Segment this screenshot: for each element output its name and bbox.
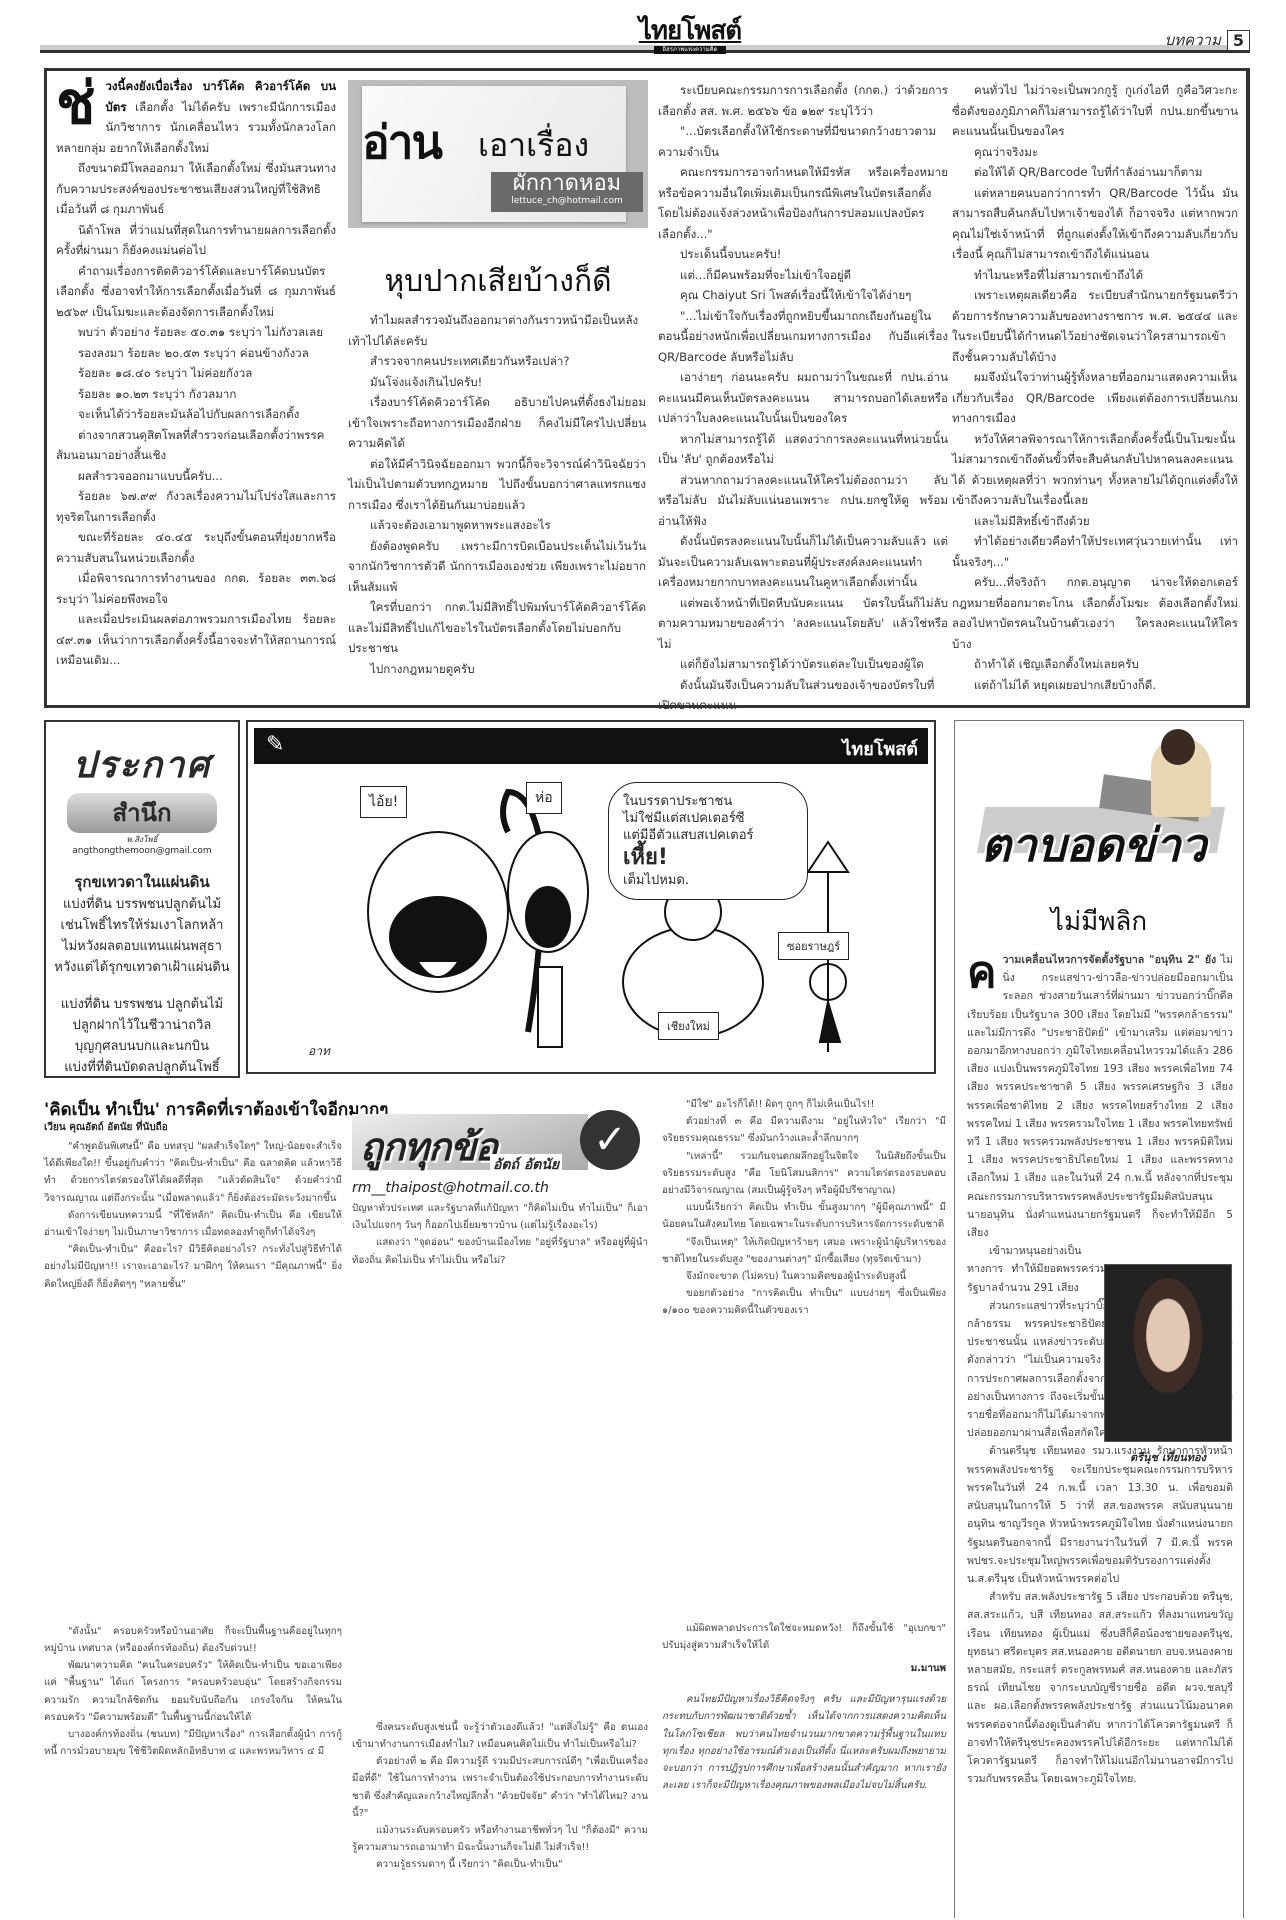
paragraph: นิด้าโพล ที่ว่าแม่นที่สุดในการทำนายผลการ… <box>56 220 336 261</box>
top-article-col4: คนทั่วไป ไม่ว่าจะเป็นพวกกูรู้ กูเก่งไอที… <box>952 80 1238 695</box>
letter-signature: ม.มานพ <box>662 1660 946 1677</box>
paragraph: ถึงขนาดมีโพลออกมา ให้เลือกตั้งใหม่ ซึ่งม… <box>56 158 336 220</box>
column-banner-ta-bod-khao: ตาบอดข่าว <box>961 727 1237 877</box>
logo-subtitle: อิสรภาพแห่งความคิด <box>654 46 726 54</box>
portrait-photo <box>1104 1264 1232 1442</box>
paragraph: แม้งานระดับครอบครัว หรือทำงานอาชีพทั่วๆ … <box>352 1822 648 1856</box>
paragraph: คุณ Chaiyut Sri โพสต์เรื่องนี้ให้เข้าใจไ… <box>658 285 948 306</box>
paragraph: เรื่องบาร์โค้ดคิวอาร์โค้ด อธิบายไปคนที่ต… <box>348 392 646 454</box>
paragraph: ไปกางกฎหมายดูครับ <box>348 659 646 680</box>
paragraph: ทำไมผลสำรวจมันถึงออกมาต่างกันราวหน้ามือเ… <box>348 310 646 351</box>
paragraph: ผลสำรวจออกมาแบบนี้ครับ... <box>56 466 336 487</box>
paragraph: "...บัตรเลือกตั้งให้ใช้กระดาษที่มีขนาดกว… <box>658 121 948 162</box>
bottom-article-col3: "มีใช่" อะไรก็ได้!! ผิดๆ ถูกๆ ก็ไม่เห็นเ… <box>662 1096 946 1794</box>
paragraph: ปัญหาทั่วประเทศ และรัฐบาลที่แก้ปัญหา "ก็… <box>352 1200 648 1234</box>
paragraph: มันโจ่งแจ้งเกินไปครับ! <box>348 372 646 393</box>
quote-paragraph: "...ไม่เข้าใจกับเรื่องที่ถูกหยิบขึ้นมาถก… <box>658 306 948 368</box>
paragraph: จะเห็นได้ว่าร้อยละมันล้อไปกับผลการเลือกต… <box>56 404 336 425</box>
author-email: lettuce_ch@hotmail.com <box>491 196 643 206</box>
checkmark-icon: ✓ <box>580 1110 640 1170</box>
bubble-exclamation: เหี้ย! <box>623 844 793 872</box>
paragraph: แบบนี้เรียกว่า คิดเป็น ทำเป็น ขั้นสูงมาก… <box>662 1199 946 1233</box>
poem-box: ประกาศ สำนึก พ.สิงโพธิ์ angthongthemoon@… <box>44 720 240 1078</box>
paragraph: ประเด็นนี้จบนะครับ! <box>658 244 948 265</box>
paragraph: ร้อยละ ๖๗.๙๙ กังวลเรื่องความไม่โปร่งใสแล… <box>56 486 336 527</box>
cartoon-label-center: เชียงใหม่ <box>658 1012 719 1040</box>
banner-author-box: ผักกาดหอม lettuce_ch@hotmail.com <box>491 172 643 212</box>
cartoon-brand: ไทยโพสต์ <box>842 734 918 763</box>
bird-mascot-icon: ✎ <box>266 732 284 757</box>
paragraph: คำถามเรื่องการติดคิวอาร์โค้ดและบาร์โค้ดบ… <box>56 261 336 323</box>
paragraph: ดังการเขียนบทความนี้ "ที่ใช้หลัก" คิดเป็… <box>44 1207 342 1241</box>
paragraph: และเมื่อประเมินผลต่อภาพรวมการเมืองไทย ร้… <box>56 609 336 671</box>
quote-paragraph: ผมจึงมั่นใจว่าท่านผู้รู้ทั้งหลายที่ออกมา… <box>952 367 1238 429</box>
bottom-article-col1: "คำพูดอันพิเศษนี้" คือ บทสรุป "ผลสำเร็จใ… <box>44 1138 342 1760</box>
page-number: 5 <box>1227 30 1250 51</box>
paragraph: พัฒนาความคิด "คนในครอบครัว" ให้คิดเป็น-ท… <box>44 1657 342 1726</box>
column-banner-read-ahao-rueang: อ่าน เอาเรื่อง ผักกาดหอม lettuce_ch@hotm… <box>348 80 648 228</box>
poem-line: แบ่งที่ดิน บรรพชนปลูกต้นไม้ <box>46 894 238 915</box>
paragraph: คณะกรรมการอาจกำหนดให้มีรหัส หรือเครื่องห… <box>658 162 948 244</box>
quote-paragraph: ส่วนหากถามว่าลงคะแนนให้ใครไม่ต้องถามว่า … <box>658 470 948 532</box>
banner-title: ถูกทุกข้อ <box>360 1116 497 1177</box>
paragraph: "ดังนั้น" ครอบครัวหรือบ้านอาศัย ก็จะเป็น… <box>44 1623 342 1657</box>
quote-paragraph: ต่อให้ได้ QR/Barcode ใบที่กำลังอ่านมาก็ต… <box>952 162 1238 183</box>
author-name: ผักกาดหอม <box>491 172 643 196</box>
banner-author: อัตถ์ อัตนัย <box>490 1154 562 1176</box>
article-byline: เวียน คุณอัตถ์ อัตนัย ที่นับถือ <box>44 1120 168 1135</box>
headline: ไม่มีพลิก <box>955 901 1243 942</box>
paragraph: ขอยกตัวอย่าง "การคิดเป็น ทำเป็น" แบบง่าย… <box>662 1285 946 1319</box>
poem-column-title: ประกาศ <box>46 736 238 793</box>
paragraph: พบว่า ตัวอย่าง ร้อยละ ๕๐.๓๑ ระบุว่า ไม่ก… <box>56 322 336 343</box>
poem-line: แบ่งที่ดิน บรรพชน ปลูกต้นไม้ <box>46 994 238 1015</box>
paragraph: รองลงมา ร้อยละ ๒๐.๕๓ ระบุว่า ค่อนข้างกัง… <box>56 343 336 364</box>
paragraph: สำหรับ สส.พลังประชารัฐ 5 เสียง ประกอบด้ว… <box>967 1588 1233 1788</box>
paragraph: ต่างจากสวนดุสิตโพลที่สำรวจก่อนเลือกตั้งว… <box>56 425 336 466</box>
quote-paragraph: เพราะเหตุผลเดียวคือ ระเบียบสำนักนายกรัฐม… <box>952 285 1238 367</box>
headline: หุบปากเสียบ้างก็ดี <box>348 258 648 305</box>
editorial-cartoon: ✎ ไทยโพสต์ ไอ้ย! ห่อ ในบรรดาปร <box>246 720 936 1074</box>
paragraph: "จึงเป็นเหตุ" ให้เกิดปัญหาร้ายๆ เสมอ เพร… <box>662 1234 946 1268</box>
cartoon-drawing: ไอ้ย! ห่อ ในบรรดาประชาชน ไม่ใช่มีแต่สเปค… <box>308 772 878 1062</box>
poem-line: แบ่งที่ที่ดินบัดดลปลูกต้นโพธิ์ <box>46 1057 238 1078</box>
paragraph: ถ้าทำได้ เชิญเลือกตั้งใหม่เลยครับ <box>952 654 1238 675</box>
editor-reply: คนไทยมีปัญหาเรื่องวิธีคิดจริงๆ ครับ และม… <box>662 1691 946 1794</box>
paragraph: "มีใช่" อะไรก็ได้!! ผิดๆ ถูกๆ ก็ไม่เห็นเ… <box>662 1096 946 1113</box>
paragraph: บางองค์กรท้องถิ่น (ชนบท) "มีปัญหาเรื่อง"… <box>44 1726 342 1760</box>
paragraph: ไม่นิ่ง กระแสข่าว-ข่าวลือ-ข่าวปล่อยมีออก… <box>967 954 1233 1239</box>
quote-paragraph: คุณว่าจริงมะ <box>952 142 1238 163</box>
logo-text: ไทยโพสต์ <box>638 18 742 44</box>
paragraph: ยังต้องพูดครับ เพราะมีการบิดเบือนประเด็น… <box>348 536 646 598</box>
quote-paragraph: แต่ก็ยังไม่สามารถรู้ได้ว่าบัตรแต่ละใบเป็… <box>658 654 948 675</box>
quote-paragraph: ทำไมนะหรือที่ไม่สามารถเข้าถึงได้ <box>952 265 1238 286</box>
paragraph: ใครที่บอกว่า กกต.ไม่มีสิทธิ์ไปพิมพ์บาร์โ… <box>348 597 646 659</box>
scroll-title: สำนึก <box>67 793 217 833</box>
section-indicator: บทความ 5 <box>1165 28 1250 52</box>
paragraph: "คำพูดอันพิเศษนี้" คือ บทสรุป "ผลสำเร็จใ… <box>44 1138 342 1207</box>
paragraph: ตัวอย่างที่ ๒ คือ มีความรู้ดี รวมมีประสบ… <box>352 1753 648 1822</box>
section-label: บทความ <box>1165 28 1221 52</box>
quote-paragraph: เอาง่ายๆ ก่อนนะครับ ผมถามว่าในขณะที่ กปน… <box>658 367 948 429</box>
poem-email: angthongthemoon@gmail.com <box>46 846 238 856</box>
top-article-col2: ทำไมผลสำรวจมันถึงออกมาต่างกันราวหน้ามือเ… <box>348 310 646 679</box>
paragraph: เข้ามาหนุนอย่างเป็นทางการ ทำให้มียอดพรรค… <box>967 1242 1107 1297</box>
banner-title-rest: เอาเรื่อง <box>478 120 589 171</box>
reader-head <box>1161 729 1195 765</box>
paragraph: ร้อยละ ๑๐.๒๓ ระบุว่า กังวลมาก <box>56 384 336 405</box>
paragraph: แต่ถ้าไม่ได้ หยุดเผยอปากเสียบ้างก็ดี. <box>952 675 1238 696</box>
cartoon-sign-left: ไอ้ย! <box>360 786 407 818</box>
lead-rest: เลือกตั้ง ไม่ได้ครับ เพราะมีนักการเมือง … <box>56 100 336 155</box>
article-headline: 'คิดเป็น ทำเป็น' การคิดที่เราต้องเข้าใจอ… <box>44 1096 388 1123</box>
dropcap: ค <box>967 951 996 995</box>
speech-bubble: ในบรรดาประชาชน ไม่ใช่มีแต่สเปคเตอร์ซี แต… <box>608 782 808 900</box>
bubble-line: เต็มไปหมด. <box>623 872 793 889</box>
paragraph: ต่อให้มีคำวินิจฉัยออกมา พวกนี้ก็จะวิจารณ… <box>348 454 646 516</box>
paragraph: แสดงว่า "จุดอ่อน" ของบ้านเมืองไทย "อยู่ท… <box>352 1234 648 1268</box>
quote-paragraph: และไม่มีสิทธิ์เข้าถึงด้วย <box>952 511 1238 532</box>
cartoon-header-bar: ✎ ไทยโพสต์ <box>254 728 928 764</box>
bubble-line: แต่มีอีตัวแสบสเปคเตอร์ <box>623 827 793 844</box>
dropcap: ช่ <box>56 74 95 132</box>
poem-line: ไม่หวังผลตอบแทนแผ่นพสุธา <box>46 936 238 957</box>
bottom-article-col2: ปัญหาทั่วประเทศ และรัฐบาลที่แก้ปัญหา "ก็… <box>352 1200 648 1874</box>
paragraph: แต่...ก็มีคนพร้อมที่จะไม่เข้าใจอยู่ดี <box>658 265 948 286</box>
quote-paragraph: แต่หลายคนบอกว่าการทำ QR/Barcode ไว้นั้น … <box>952 183 1238 265</box>
poem-author: พ.สิงโพธิ์ <box>46 833 238 846</box>
bubble-line: ไม่ใช่มีแต่สเปคเตอร์ซี <box>623 810 793 827</box>
lead-text: วามเคลื่อนไหวการจัดตั้งรัฐบาล "อนุทิน 2"… <box>1002 954 1216 966</box>
paragraph: ความรู้ธรรมดาๆ นี้ เรียกว่า "คิดเป็น-ทำเ… <box>352 1856 648 1873</box>
poem-line: บุญกุศลบนบกและนกบิน <box>46 1036 238 1057</box>
column-banner-thuk-thuk-kho: ถูกทุกข้อ อัตถ์ อัตนัย ✓ <box>352 1098 652 1178</box>
paragraph: ซึ่งคนระดับสูงเช่นนี้ จะรู้ว่าตัวเองดีแล… <box>352 1719 648 1753</box>
paragraph: เมื่อพิจารณาการทำงานของ กกต. ร้อยละ ๓๓.๖… <box>56 568 336 609</box>
cartoon-sign-right: ห่อ <box>526 782 562 814</box>
paragraph: แม้ผิดพลาดประการใดใช่จะหมดหวัง! ก็ถึงขั้… <box>662 1620 946 1654</box>
cartoon-artist: อาท <box>308 1042 330 1061</box>
quote-paragraph: หวังให้ศาลพิจารณาให้การเลือกตั้งครั้งนี้… <box>952 429 1238 511</box>
paragraph: จึงมักจะขาด (ไม่ครบ) ในความคิดของผู้นำระ… <box>662 1268 946 1285</box>
photo-caption: ตรีนุช เทียนทอง <box>1104 1448 1232 1466</box>
paragraph: ตัวอย่างที่ ๓ คือ มีความดีงาม "อยู่ในหัว… <box>662 1113 946 1147</box>
quote-paragraph: ดังนั้นบัตรลงคะแนนใบนั้นก็ไม่ได้เป็นความ… <box>658 531 948 593</box>
banner-title: ตาบอดข่าว <box>981 809 1207 882</box>
cartoon-label-right: ซอยราษฎร์ <box>778 932 849 960</box>
top-article-col3: ระเบียบคณะกรรมการการเลือกตั้ง (กกต.) ว่า… <box>658 80 948 716</box>
banner-title-big: อ่าน <box>362 106 441 179</box>
paragraph: "เหล่านี้" รวมกันจนตกผลึกอยู่ในจิตใจ ในน… <box>662 1148 946 1200</box>
poem-line: หวังแต่ได้รุกขเทวดาเฝ้าแผ่นดิน <box>46 957 238 978</box>
quote-paragraph: ทำได้อย่างเดียวคือทำให้ประเทศวุ่นวายเท่า… <box>952 531 1238 572</box>
bubble-line: ในบรรดาประชาชน <box>623 793 793 810</box>
poem-title: รุกขเทวดาในแผ่นดิน <box>46 870 238 894</box>
quote-paragraph: ดังนั้นมันจึงเป็นความลับในส่วนของเจ้าของ… <box>658 675 948 716</box>
paragraph: ขณะที่ร้อยละ ๔๐.๔๕ ระบุถึงขั้นตอนที่ยุ่ง… <box>56 527 336 568</box>
paragraph: สำรวจจากคนประเทศเดียวกันหรือเปล่า? <box>348 351 646 372</box>
top-article-col1: ช่วงนี้คงยังเบื่อเรื่อง บาร์โค้ด คิวอาร์… <box>56 76 336 671</box>
quote-paragraph: คนทั่วไป ไม่ว่าจะเป็นพวกกูรู้ กูเก่งไอที… <box>952 80 1238 142</box>
quote-paragraph: หากไม่สามารถรู้ได้ แสดงว่าการลงคะแนนที่ห… <box>658 429 948 470</box>
paragraph: ครับ...ที่จริงถ้า กกต.อนุญาต น่าจะให้ดอก… <box>952 572 1238 654</box>
paragraph: แล้วจะต้องเอามาพูดหาพระแสงอะไร <box>348 515 646 536</box>
masthead-logo: ไทยโพสต์ อิสรภาพแห่งความคิด <box>638 18 742 56</box>
poem-line: เช่นโพธิ์ไทรให้ร่มเงาโลกหล้า <box>46 915 238 936</box>
paragraph: "คิดเป็น-ทำเป็น" คืออะไร? มีวิธีคิดอย่าง… <box>44 1241 342 1293</box>
paragraph: ร้อยละ ๑๘.๔๐ ระบุว่า ไม่ค่อยกังวล <box>56 363 336 384</box>
poem-line: ปลูกฝากไว้ในชีวาน่าถวิล <box>46 1015 238 1036</box>
quote-paragraph: แต่พอเจ้าหน้าที่เปิดหีบนับคะแนน บัตรใบนั… <box>658 593 948 655</box>
banner-email: rm__thaipost@hotmail.co.th <box>352 1180 549 1196</box>
paragraph: ระเบียบคณะกรรมการการเลือกตั้ง (กกต.) ว่า… <box>658 80 948 121</box>
